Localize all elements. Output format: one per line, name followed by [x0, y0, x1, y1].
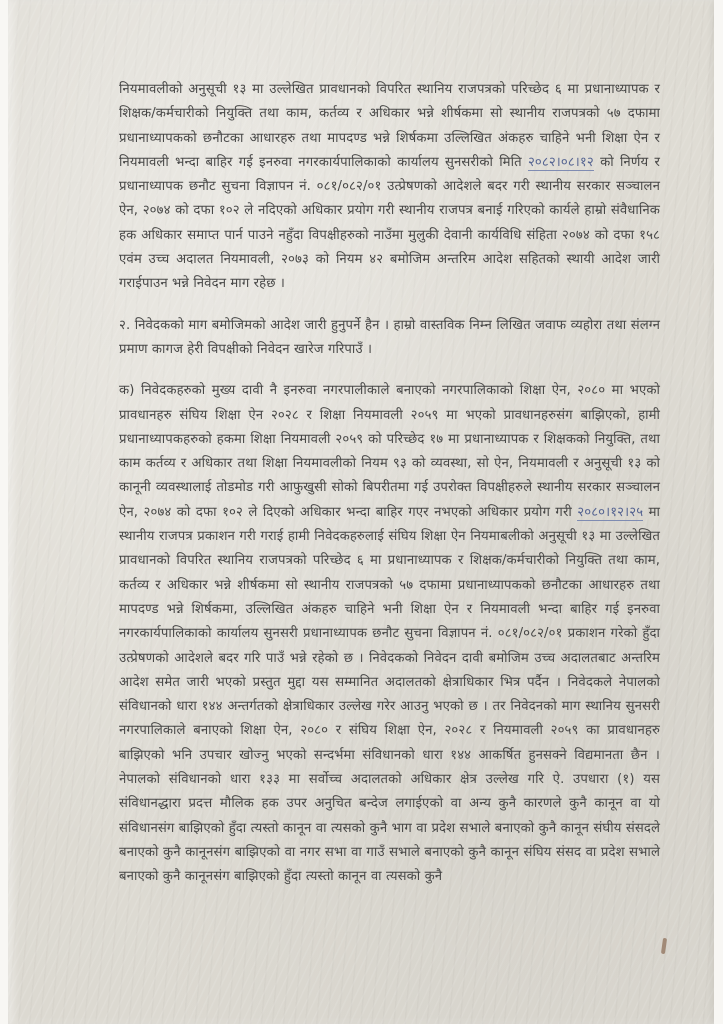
scan-left-margin — [0, 0, 8, 1024]
scanned-page: नियमावलीको अनुसूची १३ मा उल्लेखित प्रावध… — [0, 0, 723, 1024]
scan-right-margin — [714, 0, 723, 1024]
document-body: नियमावलीको अनुसूची १३ मा उल्लेखित प्रावध… — [119, 78, 660, 890]
handwritten-date: २०८०।१२।२५ — [577, 505, 643, 521]
paragraph-text: क) निवेदकहरुको मुख्य दावी नै इनरुवा नगरप… — [119, 383, 660, 519]
paragraph-point-ka: क) निवेदकहरुको मुख्य दावी नै इनरुवा नगरप… — [119, 379, 660, 889]
paragraph-text: २. निवेदकको माग बमोजिमको आदेश जारी हुनुप… — [119, 318, 660, 357]
paragraph-point-2: २. निवेदकको माग बमोजिमको आदेश जारी हुनुप… — [119, 314, 660, 363]
paragraph-continuation: नियमावलीको अनुसूची १३ मा उल्लेखित प्रावध… — [119, 78, 660, 297]
paragraph-text: को निर्णय र प्रधानाध्यापक छनौट सुचना विज… — [119, 155, 660, 291]
paragraph-text: मा स्थानीय राजपत्र प्रकाशन गरी गराई हामी… — [119, 505, 660, 884]
handwritten-date: २०८२।०८।१२ — [528, 155, 594, 171]
